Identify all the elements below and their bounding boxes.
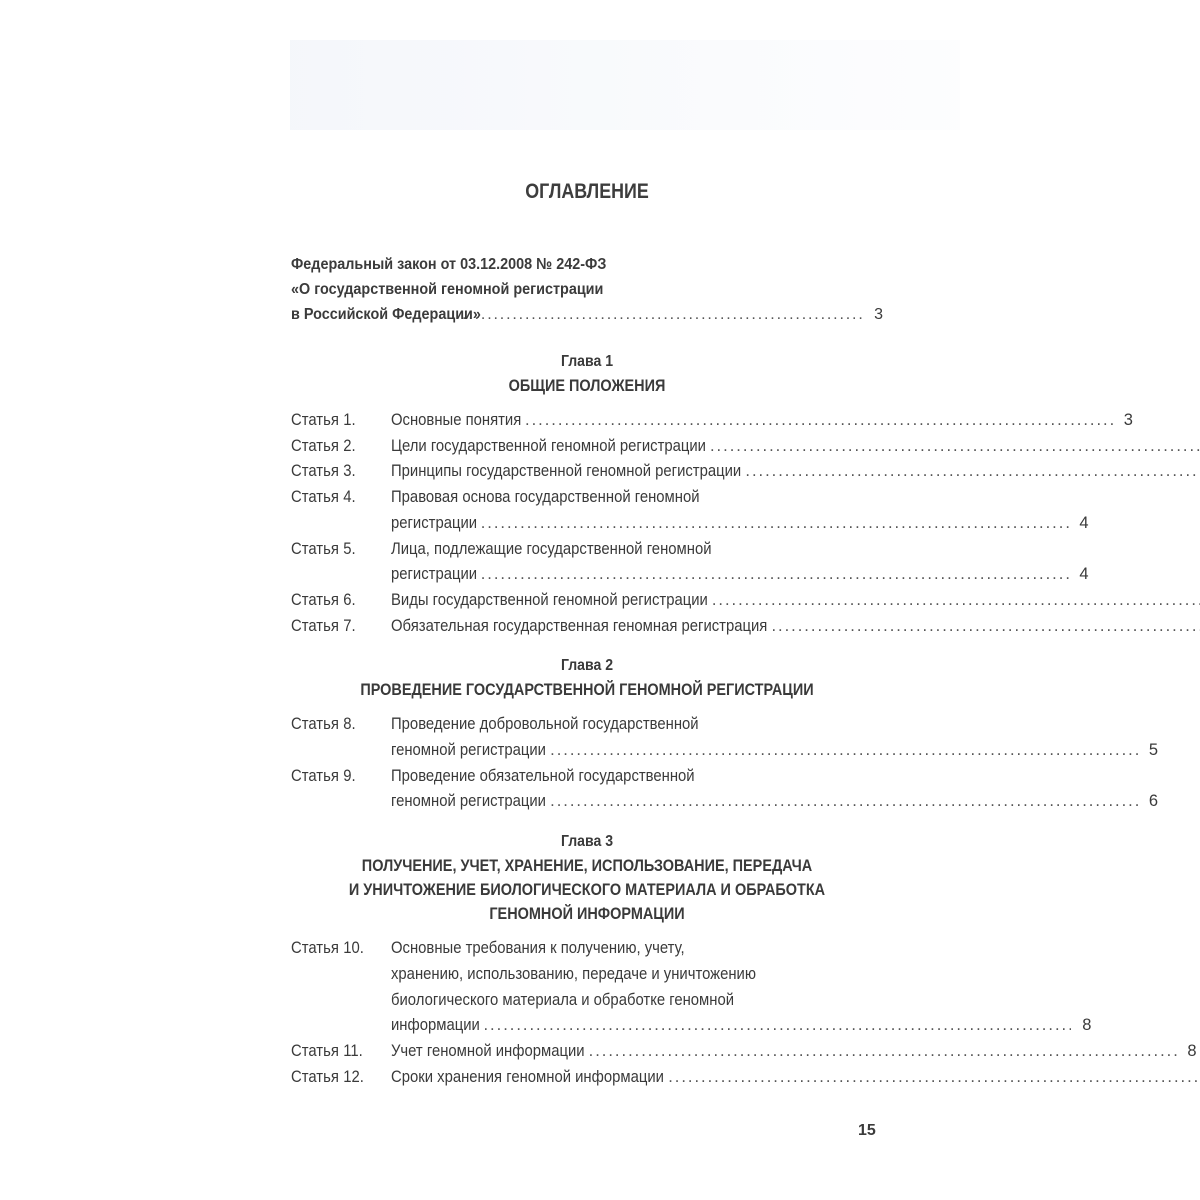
chapter-number: Глава 1 [327, 349, 848, 374]
page-ref: 4 [1073, 562, 1089, 588]
chapter-title: И УНИЧТОЖЕНИЕ БИОЛОГИЧЕСКОГО МАТЕРИАЛА И… [335, 878, 838, 902]
book-page: ОГЛАВЛЕНИЕ Федеральный закон от 03.12.20… [0, 0, 1200, 1200]
page-ref: 4 [1073, 511, 1089, 537]
page-ref: 8 [1181, 1039, 1197, 1065]
chapters-list: Глава 1ОБЩИЕ ПОЛОЖЕНИЯСтатья1.Основные п… [291, 349, 883, 1090]
toc-article-entry[interactable]: Статья7.Обязательная государственная ген… [291, 614, 883, 640]
law-title-line: Федеральный закон от 03.12.2008 № 242-ФЗ [291, 252, 824, 277]
chapter-title: ГЕНОМНОЙ ИНФОРМАЦИИ [335, 902, 838, 926]
article-number: 3. [343, 462, 355, 480]
article-label: Статья9. [291, 764, 381, 815]
article-title: геномной регистрации [391, 789, 546, 815]
toc-article-entry[interactable]: Статья11.Учет геномной информации8 [291, 1039, 883, 1065]
article-label: Статья3. [291, 459, 381, 485]
article-number: 12. [343, 1068, 364, 1086]
table-of-contents: ОГЛАВЛЕНИЕ Федеральный закон от 03.12.20… [291, 178, 883, 1090]
article-word: Статья [291, 588, 343, 614]
article-title: хранению, использованию, передаче и унич… [391, 962, 756, 988]
toc-article-entry[interactable]: Статья12.Сроки хранения геномной информа… [291, 1065, 883, 1091]
article-word: Статья [291, 434, 343, 460]
dot-leader [481, 562, 1069, 588]
toc-article-entry[interactable]: Статья6.Виды государственной геномной ре… [291, 588, 883, 614]
article-title: Основные требования к получению, учету, [391, 936, 685, 962]
article-word: Статья [291, 764, 343, 790]
toc-article-entry[interactable]: Статья10.Основные требования к получению… [291, 936, 883, 1039]
law-entry: Федеральный закон от 03.12.2008 № 242-ФЗ… [291, 252, 883, 327]
dot-leader [483, 1013, 1071, 1039]
article-number: 6. [343, 591, 355, 609]
article-number: 9. [343, 767, 355, 785]
article-title: Учет геномной информации [391, 1039, 585, 1065]
article-label: Статья10. [291, 936, 381, 1039]
dot-leader [710, 434, 1200, 460]
article-label: Статья12. [291, 1065, 381, 1091]
chapter-title: ОБЩИЕ ПОЛОЖЕНИЯ [335, 374, 838, 398]
chapter-title: ПОЛУЧЕНИЕ, УЧЕТ, ХРАНЕНИЕ, ИСПОЛЬЗОВАНИЕ… [335, 854, 838, 878]
article-word: Статья [291, 459, 343, 485]
article-label: Статья7. [291, 614, 381, 640]
article-title: Проведение добровольной государственной [391, 712, 699, 738]
article-title: информации [391, 1013, 480, 1039]
dot-leader [668, 1065, 1200, 1091]
page-number: 15 [858, 1122, 876, 1140]
toc-title: ОГЛАВЛЕНИЕ [335, 178, 838, 206]
article-title: Виды государственной геномной регистраци… [391, 588, 708, 614]
dot-leader [462, 302, 863, 327]
article-number: 2. [343, 437, 355, 455]
toc-article-entry[interactable]: Статья2.Цели государственной геномной ре… [291, 434, 883, 460]
article-title: Цели государственной геномной регистраци… [391, 434, 706, 460]
toc-article-entry[interactable]: Статья9.Проведение обязательной государс… [291, 764, 883, 815]
toc-article-entry[interactable]: Статья5.Лица, подлежащие государственной… [291, 537, 883, 588]
article-title: Проведение обязательной государственной [391, 764, 695, 790]
article-number: 10. [343, 939, 364, 957]
chapter-number: Глава 2 [327, 653, 848, 678]
dot-leader [481, 511, 1069, 537]
article-number: 11. [343, 1042, 363, 1060]
toc-article-entry[interactable]: Статья3.Принципы государственной геномно… [291, 459, 883, 485]
dot-leader [550, 789, 1138, 815]
article-title: геномной регистрации [391, 738, 546, 764]
article-label: Статья1. [291, 408, 381, 434]
article-word: Статья [291, 537, 343, 563]
article-word: Статья [291, 936, 343, 962]
article-title: регистрации [391, 562, 477, 588]
article-word: Статья [291, 1065, 343, 1091]
article-title: Сроки хранения геномной информации [391, 1065, 664, 1091]
article-label: Статья11. [291, 1039, 381, 1065]
article-title: Обязательная государственная геномная ре… [391, 614, 767, 640]
article-word: Статья [291, 485, 343, 511]
toc-article-entry[interactable]: Статья4.Правовая основа государственной … [291, 485, 883, 536]
article-label: Статья8. [291, 712, 381, 763]
article-label: Статья5. [291, 537, 381, 588]
article-title: регистрации [391, 511, 477, 537]
dot-leader [589, 1039, 1177, 1065]
law-title-line: «О государственной геномной регистрации [291, 277, 824, 302]
article-number: 7. [343, 617, 355, 635]
dot-leader [525, 408, 1113, 434]
chapter-heading: Глава 1ОБЩИЕ ПОЛОЖЕНИЯ [291, 349, 883, 398]
chapter-heading: Глава 2ПРОВЕДЕНИЕ ГОСУДАРСТВЕННОЙ ГЕНОМН… [291, 653, 883, 702]
chapter-number: Глава 3 [327, 829, 848, 854]
law-title-line: в Российской Федерации» [291, 302, 481, 327]
article-label: Статья2. [291, 434, 381, 460]
dot-leader [745, 459, 1200, 485]
toc-article-entry[interactable]: Статья1.Основные понятия3 [291, 408, 883, 434]
article-label: Статья4. [291, 485, 381, 536]
article-word: Статья [291, 712, 343, 738]
article-number: 1. [343, 411, 355, 429]
chapter-heading: Глава 3ПОЛУЧЕНИЕ, УЧЕТ, ХРАНЕНИЕ, ИСПОЛЬ… [291, 829, 883, 926]
article-number: 4. [343, 488, 355, 506]
article-word: Статья [291, 408, 343, 434]
page-ref: 6 [1142, 789, 1158, 815]
article-title: Лица, подлежащие государственной геномно… [391, 537, 711, 563]
dot-leader [550, 738, 1138, 764]
chapter-title: ПРОВЕДЕНИЕ ГОСУДАРСТВЕННОЙ ГЕНОМНОЙ РЕГИ… [335, 678, 838, 702]
dot-leader [771, 614, 1200, 640]
article-number: 8. [343, 715, 355, 733]
page-ref: 5 [1142, 738, 1158, 764]
article-label: Статья6. [291, 588, 381, 614]
article-number: 5. [343, 540, 355, 558]
page-ref: 3 [1117, 408, 1133, 434]
article-title: Основные понятия [391, 408, 521, 434]
toc-article-entry[interactable]: Статья8.Проведение добровольной государс… [291, 712, 883, 763]
article-title: биологического материала и обработке ген… [391, 988, 734, 1014]
article-title: Правовая основа государственной геномной [391, 485, 700, 511]
page-ref: 8 [1075, 1013, 1091, 1039]
dot-leader [712, 588, 1200, 614]
reverse-side-bleed-through [290, 40, 960, 130]
article-word: Статья [291, 614, 343, 640]
article-word: Статья [291, 1039, 343, 1065]
article-title: Принципы государственной геномной регист… [391, 459, 741, 485]
page-ref: 3 [867, 302, 883, 327]
